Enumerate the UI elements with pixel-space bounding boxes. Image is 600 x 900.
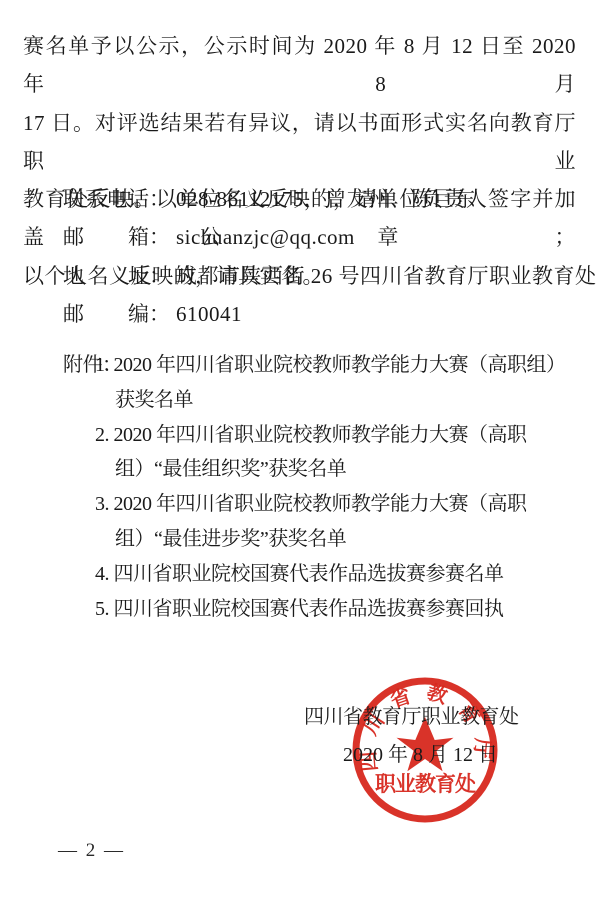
contact-colon: ： [149, 257, 170, 295]
contact-label: 地址 [63, 257, 149, 295]
attachment-item-wrap-line: 组）“最佳组织奖”获奖名单 [95, 452, 565, 487]
contact-value: sichuanzjc@qq.com [176, 225, 355, 249]
document-page: 赛名单予以公示，公示时间为 2020 年 8 月 12 日至 2020 年 8 … [0, 0, 600, 900]
contact-label: 邮箱 [63, 218, 149, 256]
attachment-item-wrap-line: 获奖名单 [95, 383, 565, 418]
paragraph-line: 赛名单予以公示，公示时间为 2020 年 8 月 12 日至 2020 年 8 … [23, 27, 576, 104]
seal-bottom-text: 职业教育处 [375, 772, 476, 796]
contact-row: 地址：成都市陕西街 26 号四川省教育厅职业教育处 [63, 257, 576, 295]
attachment-item: 1. 2020 年四川省职业院校教师教学能力大赛（高职组） [95, 348, 565, 383]
contact-label: 联系电话 [63, 180, 149, 218]
attachments-list: 1. 2020 年四川省职业院校教师教学能力大赛（高职组）获奖名单2. 2020… [95, 348, 565, 626]
page-number: — 2 — [58, 840, 125, 862]
contact-value: 610041 [176, 302, 242, 326]
signature-date: 2020 年 8 月 12 日 [343, 738, 498, 767]
contact-row: 邮编：610041 [63, 295, 576, 333]
attachment-item: 3. 2020 年四川省职业院校教师教学能力大赛（高职 [95, 487, 565, 522]
attachment-item: 2. 2020 年四川省职业院校教师教学能力大赛（高职 [95, 418, 565, 453]
signature-org: 四川省教育厅职业教育处 [304, 700, 519, 729]
attachment-item: 5. 四川省职业院校国赛代表作品选拔赛参赛回执 [95, 592, 565, 627]
contact-colon: ： [149, 218, 170, 256]
paragraph-line: 17 日。对评选结果若有异议，请以书面形式实名向教育厅职业 [23, 104, 576, 181]
contact-label: 邮编 [63, 295, 149, 333]
contact-colon: ： [149, 180, 170, 218]
contact-colon: ： [149, 295, 170, 333]
attachment-item: 4. 四川省职业院校国赛代表作品选拔赛参赛名单 [95, 557, 565, 592]
contact-block: 联系电话：028-86112175，曾友州、陈巨东邮箱：sichuanzjc@q… [63, 180, 576, 333]
contact-value: 028-86112175，曾友州、陈巨东 [176, 187, 476, 211]
contact-value: 成都市陕西街 26 号四川省教育厅职业教育处 [176, 264, 597, 288]
contact-row: 邮箱：sichuanzjc@qq.com [63, 218, 576, 256]
contact-row: 联系电话：028-86112175，曾友州、陈巨东 [63, 180, 576, 218]
attachment-item-wrap-line: 组）“最佳进步奖”获奖名单 [95, 522, 565, 557]
